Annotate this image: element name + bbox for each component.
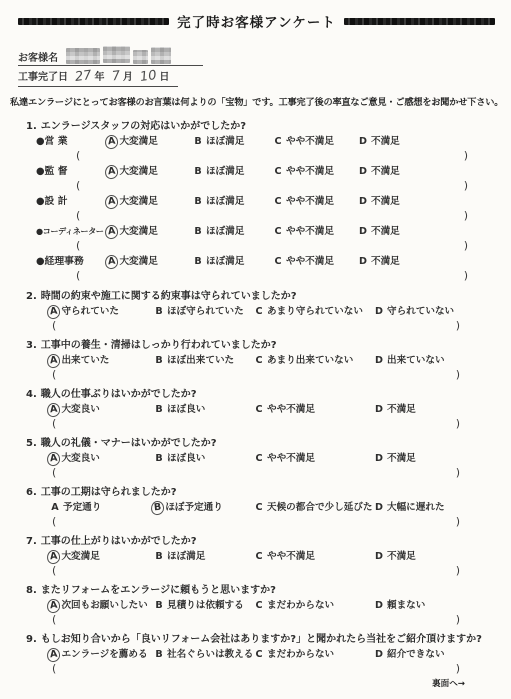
comment-parens: () (76, 239, 468, 253)
option-label: ほぼ満足 (206, 196, 244, 207)
comment-parens: () (52, 613, 460, 626)
option-label: 大変満足 (119, 226, 157, 237)
option-key: C (273, 136, 283, 147)
option-key: A (46, 647, 61, 662)
option-label: 予定通り (63, 502, 101, 513)
option-label: ほぼ予定通り (165, 502, 223, 513)
comment-parens: () (52, 417, 460, 430)
option-label: 不満足 (371, 226, 400, 237)
option-label: 不満足 (387, 453, 416, 464)
option-key: B (150, 500, 165, 515)
option-key: D (358, 256, 368, 267)
question-heading: 3.工事中の養生・清掃はしっかり行われていましたか? (8, 336, 503, 352)
option-label: 頼まない (387, 600, 425, 611)
option-key: C (254, 306, 264, 317)
staff-label-supervisor: ●監 督 (36, 163, 108, 177)
question-heading: 2.時間の約束や施工に関する約束事は守られていましたか? (8, 287, 503, 303)
option-key: B (193, 256, 203, 267)
option-d: D不満足 (358, 253, 503, 267)
question-8: 8.またリフォームをエンラージに頼もうと思いますか?A次回もお願いしたいB見積り… (8, 581, 503, 626)
option-key: C (273, 166, 283, 177)
question-heading: 5.職人の礼儀・マナーはいかがでしたか? (8, 434, 503, 450)
option-d: D不満足 (358, 193, 503, 207)
option-label: 見積りは依頼する (167, 600, 244, 611)
option-key: C (254, 600, 264, 611)
option-key: A (104, 254, 119, 269)
option-key: B (154, 306, 164, 317)
option-b: B見積りは依頼する (154, 597, 254, 611)
option-key: C (254, 355, 264, 366)
question-text: 工事中の養生・清掃はしっかり行われていましたか? (41, 336, 277, 351)
option-label: エンラージを薦める (61, 649, 147, 660)
question-6: 6.工事の工期は守られましたか?A予定通りBほぼ予定通りC天候の都合で少し延びた… (8, 483, 503, 528)
option-label: 大変良い (61, 404, 99, 415)
paren-open: ( (52, 564, 56, 577)
option-d: D大幅に遅れた (374, 499, 503, 513)
option-a: A守られていた (50, 303, 154, 318)
option-d: D出来ていない (374, 352, 503, 366)
question-text: 工事の仕上がりはいかがでしたか? (41, 532, 197, 547)
option-key: B (193, 136, 203, 147)
option-label: 出来ていた (61, 355, 109, 366)
option-key: B (154, 551, 164, 562)
option-d: D不満足 (358, 133, 503, 147)
question-number: 6. (26, 487, 37, 498)
option-a: A出来ていた (50, 352, 154, 367)
comment-parens: () (76, 149, 468, 163)
option-b: Bほぼ満足 (193, 223, 273, 237)
option-key: A (46, 304, 61, 319)
paren-close: ) (456, 368, 460, 381)
redaction-block (66, 48, 100, 64)
option-key: B (193, 196, 203, 207)
option-label: 天候の都合で少し延びた (267, 502, 373, 513)
option-key: D (374, 551, 384, 562)
option-label: 出来ていない (387, 355, 445, 366)
option-label: 不満足 (387, 404, 416, 415)
question-text: エンラージスタッフの対応はいかがでしたか? (41, 117, 246, 132)
question-number: 7. (26, 536, 37, 547)
option-b: Bほぼ守られていた (154, 303, 254, 317)
option-b: Bほぼ満足 (193, 163, 273, 177)
option-key: C (273, 256, 283, 267)
option-key: B (193, 166, 203, 177)
option-b: Bほぼ出来ていた (154, 352, 254, 366)
customer-name-row: お客様名 (18, 45, 203, 66)
option-a: A予定通り (50, 499, 154, 513)
q1-row-supervisor: ●監 督 A大変満足 Bほぼ満足 Cやや不満足 D不満足 (36, 163, 503, 179)
paren-close: ) (464, 179, 468, 193)
question-heading: 7.工事の仕上がりはいかがでしたか? (8, 532, 503, 548)
comment-parens: () (52, 319, 460, 332)
comment-parens: () (76, 179, 468, 193)
option-label: 大変満足 (119, 136, 157, 147)
options-row: A大変満足Bほぼ満足Cやや不満足D不満足 (50, 548, 503, 564)
title-bar-left (18, 18, 169, 25)
options-row: A予定通りBほぼ予定通りC天候の都合で少し延びたD大幅に遅れた (50, 499, 503, 515)
option-key: B (154, 404, 164, 415)
q1-row-sales: ●営 業 A大変満足 Bほぼ満足 Cやや不満足 D不満足 (36, 133, 503, 149)
option-key: C (273, 196, 283, 207)
option-key: D (374, 600, 384, 611)
option-d: D不満足 (358, 163, 503, 177)
option-label: ほぼ満足 (206, 166, 244, 177)
option-c: Cやや不満足 (273, 163, 358, 177)
option-label: 大変満足 (119, 256, 157, 267)
option-key: C (254, 404, 264, 415)
option-c: Cやや不満足 (273, 133, 358, 147)
option-label: あまり守られていない (267, 306, 363, 317)
option-a: A大変良い (50, 450, 154, 465)
option-key: D (374, 649, 384, 660)
option-key: C (254, 502, 264, 513)
redaction-block (151, 47, 171, 64)
question-number: 8. (26, 585, 37, 596)
question-number: 5. (26, 438, 37, 449)
option-key: A (104, 194, 119, 209)
option-label: 不満足 (371, 136, 400, 147)
paren-open: ( (76, 209, 80, 223)
option-label: やや不満足 (286, 136, 334, 147)
intro-text: 私達エンラージにとってお客様のお言葉は何よりの「宝物」です。工事完了後の率直なご… (10, 94, 503, 108)
option-label: ほぼ良い (167, 404, 205, 415)
option-label: 守られていない (387, 306, 454, 317)
option-key: D (374, 453, 384, 464)
option-label: 大変満足 (119, 196, 157, 207)
option-label: やや不満足 (286, 226, 334, 237)
question-3: 3.工事中の養生・清掃はしっかり行われていましたか?A出来ていたBほぼ出来ていた… (8, 336, 503, 381)
option-label: 次回もお願いしたい (61, 600, 147, 611)
question-number: 3. (26, 340, 37, 351)
option-key: D (358, 196, 368, 207)
option-b: Bほぼ満足 (193, 193, 273, 207)
question-2: 2.時間の約束や施工に関する約束事は守られていましたか?A守られていたBほぼ守ら… (8, 287, 503, 332)
paren-close: ) (464, 149, 468, 163)
option-label: やや不満足 (286, 196, 334, 207)
option-a: A大変満足 (108, 253, 193, 268)
option-c: Cやや不満足 (254, 401, 374, 415)
option-label: ほぼ満足 (167, 551, 205, 562)
paren-open: ( (52, 662, 56, 675)
paren-close: ) (464, 239, 468, 253)
option-key: A (46, 451, 61, 466)
option-c: Cまだわからない (254, 597, 374, 611)
paren-open: ( (76, 149, 80, 163)
paren-close: ) (456, 662, 460, 675)
option-key: C (254, 453, 264, 464)
staff-label-coordinator: ●コーディネーター (36, 226, 108, 237)
staff-label-accounting: ●経理事務 (36, 253, 108, 267)
option-label: まだわからない (267, 600, 334, 611)
option-label: 不満足 (371, 196, 400, 207)
comment-parens: () (52, 368, 460, 381)
survey-page: { "header": { "title": "完了時お客様アンケート" }, … (0, 0, 511, 699)
option-key: B (154, 355, 164, 366)
question-text: 工事の工期は守られましたか? (41, 483, 177, 498)
redaction-block (133, 50, 148, 64)
option-label: 大変満足 (61, 551, 99, 562)
options-row: A出来ていたBほぼ出来ていたCあまり出来ていないD出来ていない (50, 352, 503, 368)
option-label: ほぼ守られていた (167, 306, 244, 317)
paren-open: ( (76, 269, 80, 283)
paren-open: ( (76, 239, 80, 253)
question-number: 2. (26, 291, 37, 302)
question-heading: 6.工事の工期は守られましたか? (8, 483, 503, 499)
option-c: Cやや不満足 (254, 450, 374, 464)
paren-open: ( (52, 319, 56, 332)
comment-parens: () (52, 515, 460, 528)
option-b: Bほぼ予定通り (154, 499, 254, 514)
handwritten-year: 27 (74, 68, 92, 85)
option-a: Aエンラージを薦める (50, 646, 154, 661)
option-label: まだわからない (267, 649, 334, 660)
option-key: D (358, 226, 368, 237)
option-key: A (50, 502, 60, 513)
question-text: 職人の仕事ぶりはいかがでしたか? (41, 385, 197, 400)
option-key: C (254, 649, 264, 660)
option-label: ほぼ満足 (206, 136, 244, 147)
option-label: 不満足 (371, 256, 400, 267)
paren-open: ( (52, 515, 56, 528)
option-key: C (254, 551, 264, 562)
option-label: やや不満足 (286, 256, 334, 267)
staff-label-design: ●設 計 (36, 193, 108, 207)
question-7: 7.工事の仕上がりはいかがでしたか?A大変満足Bほぼ満足Cやや不満足D不満足() (8, 532, 503, 577)
option-key: A (104, 224, 119, 239)
option-c: C天候の都合で少し延びた (254, 499, 374, 513)
option-key: B (154, 453, 164, 464)
comment-parens: () (52, 466, 460, 479)
question-9: 9.もしお知り合いから「良いリフォーム会社はありますか?」と聞かれたら当社をご紹… (8, 630, 503, 675)
option-key: D (358, 166, 368, 177)
question-text: もしお知り合いから「良いリフォーム会社はありますか?」と聞かれたら当社をご紹介頂… (41, 630, 482, 645)
question-text: またリフォームをエンラージに頼もうと思いますか? (41, 581, 276, 596)
paren-close: ) (456, 417, 460, 430)
option-d: D不満足 (358, 223, 503, 237)
option-d: D不満足 (374, 548, 503, 562)
option-label: ほぼ満足 (206, 256, 244, 267)
option-label: ほぼ満足 (206, 226, 244, 237)
option-label: やや不満足 (267, 551, 315, 562)
options-row: Aエンラージを薦めるB社名ぐらいは教えるCまだわからないD紹介できない (50, 646, 503, 662)
option-key: D (374, 355, 384, 366)
paren-close: ) (456, 515, 460, 528)
option-label: やや不満足 (286, 166, 334, 177)
q1-row-design: ●設 計 A大変満足 Bほぼ満足 Cやや不満足 D不満足 (36, 193, 503, 209)
paren-close: ) (456, 613, 460, 626)
option-c: Cやや不満足 (273, 253, 358, 267)
redaction-block (103, 46, 130, 63)
question-5: 5.職人の礼儀・マナーはいかがでしたか?A大変良いBほぼ良いCやや不満足D不満足… (8, 434, 503, 479)
option-c: Cあまり守られていない (254, 303, 374, 317)
handwritten-day: 10 (139, 68, 157, 85)
option-b: Bほぼ満足 (193, 253, 273, 267)
option-key: A (46, 549, 61, 564)
paren-close: ) (456, 466, 460, 479)
option-d: D不満足 (374, 401, 503, 415)
option-key: C (273, 226, 283, 237)
option-c: Cまだわからない (254, 646, 374, 660)
option-d: D守られていない (374, 303, 503, 317)
option-key: D (374, 502, 384, 513)
comment-parens: () (76, 209, 468, 223)
question-list: 2.時間の約束や施工に関する約束事は守られていましたか?A守られていたBほぼ守ら… (8, 287, 503, 675)
options-row: A守られていたBほぼ守られていたCあまり守られていないD守られていない (50, 303, 503, 319)
option-label: やや不満足 (267, 453, 315, 464)
option-label: あまり出来ていない (267, 355, 353, 366)
option-key: D (358, 136, 368, 147)
option-label: やや不満足 (267, 404, 315, 415)
option-key: A (104, 164, 119, 179)
option-key: D (374, 306, 384, 317)
option-a: A次回もお願いしたい (50, 597, 154, 612)
customer-name-label: お客様名 (18, 49, 58, 64)
option-label: ほぼ出来ていた (167, 355, 234, 366)
paren-open: ( (52, 417, 56, 430)
option-a: A大変満足 (108, 193, 193, 208)
survey-header: 完了時お客様アンケート (8, 12, 503, 30)
comment-parens: () (76, 269, 468, 283)
options-row: A次回もお願いしたいB見積りは依頼するCまだわからないD頼まない (50, 597, 503, 613)
option-label: 社名ぐらいは教える (167, 649, 253, 660)
question-1-heading: 1. エンラージスタッフの対応はいかがでしたか? (8, 117, 503, 133)
comment-parens: () (52, 564, 460, 577)
option-b: Bほぼ満足 (193, 133, 273, 147)
option-key: A (46, 402, 61, 417)
question-number: 4. (26, 389, 37, 400)
option-key: D (374, 404, 384, 415)
question-1: 1. エンラージスタッフの対応はいかがでしたか? ●営 業 A大変満足 Bほぼ満… (8, 117, 503, 283)
month-unit: 月 (123, 68, 133, 83)
option-c: Cやや不満足 (254, 548, 374, 562)
question-heading: 4.職人の仕事ぶりはいかがでしたか? (8, 385, 503, 401)
customer-name-redacted (66, 46, 171, 64)
option-a: A大変満足 (108, 223, 193, 238)
completion-date-label: 工事完了日 (18, 68, 68, 83)
option-label: 紹介できない (387, 649, 445, 660)
option-d: D頼まない (374, 597, 503, 611)
paren-open: ( (76, 179, 80, 193)
paren-open: ( (52, 368, 56, 381)
paren-close: ) (464, 209, 468, 223)
option-a: A大変満足 (50, 548, 154, 563)
paren-close: ) (456, 564, 460, 577)
option-c: Cやや不満足 (273, 193, 358, 207)
option-key: A (104, 134, 119, 149)
option-d: D紹介できない (374, 646, 503, 660)
question-text: 時間の約束や施工に関する約束事は守られていましたか? (41, 287, 297, 302)
option-b: Bほぼ良い (154, 450, 254, 464)
back-side-note: 裏面へ→ (432, 677, 465, 689)
staff-label-sales: ●営 業 (36, 133, 108, 147)
option-a: A大変満足 (108, 133, 193, 148)
q1-row-accounting: ●経理事務 A大変満足 Bほぼ満足 Cやや不満足 D不満足 (36, 253, 503, 269)
option-label: 不満足 (371, 166, 400, 177)
option-c: Cあまり出来ていない (254, 352, 374, 366)
day-unit: 日 (159, 68, 169, 83)
options-row: A大変良いBほぼ良いCやや不満足D不満足 (50, 450, 503, 466)
handwritten-month: 7 (111, 69, 121, 85)
option-key: A (46, 598, 61, 613)
paren-open: ( (52, 466, 56, 479)
option-b: Bほぼ良い (154, 401, 254, 415)
option-key: A (46, 353, 61, 368)
option-label: 大変良い (61, 453, 99, 464)
question-heading: 8.またリフォームをエンラージに頼もうと思いますか? (8, 581, 503, 597)
completion-date-row: 工事完了日 27 年 7 月 10 日 (18, 68, 178, 87)
option-d: D不満足 (374, 450, 503, 464)
option-label: 大幅に遅れた (387, 502, 445, 513)
option-b: B社名ぐらいは教える (154, 646, 254, 660)
question-number: 1. (26, 121, 37, 132)
question-number: 9. (26, 634, 37, 645)
option-label: 守られていた (61, 306, 119, 317)
option-key: B (193, 226, 203, 237)
survey-title: 完了時お客様アンケート (169, 11, 344, 31)
question-4: 4.職人の仕事ぶりはいかがでしたか?A大変良いBほぼ良いCやや不満足D不満足() (8, 385, 503, 430)
option-key: B (154, 649, 164, 660)
paren-close: ) (456, 319, 460, 332)
comment-parens: () (52, 662, 460, 675)
option-key: B (154, 600, 164, 611)
paren-close: ) (464, 269, 468, 283)
paren-open: ( (52, 613, 56, 626)
option-label: 不満足 (387, 551, 416, 562)
q1-row-coordinator: ●コーディネーター A大変満足 Bほぼ満足 Cやや不満足 D不満足 (36, 223, 503, 239)
option-label: ほぼ良い (167, 453, 205, 464)
title-bar-right (344, 18, 495, 25)
options-row: A大変良いBほぼ良いCやや不満足D不満足 (50, 401, 503, 417)
question-heading: 9.もしお知り合いから「良いリフォーム会社はありますか?」と聞かれたら当社をご紹… (8, 630, 503, 646)
option-a: A大変良い (50, 401, 154, 416)
option-b: Bほぼ満足 (154, 548, 254, 562)
year-unit: 年 (95, 68, 105, 83)
question-text: 職人の礼儀・マナーはいかがでしたか? (41, 434, 217, 449)
option-a: A大変満足 (108, 163, 193, 178)
option-label: 大変満足 (119, 166, 157, 177)
option-c: Cやや不満足 (273, 223, 358, 237)
